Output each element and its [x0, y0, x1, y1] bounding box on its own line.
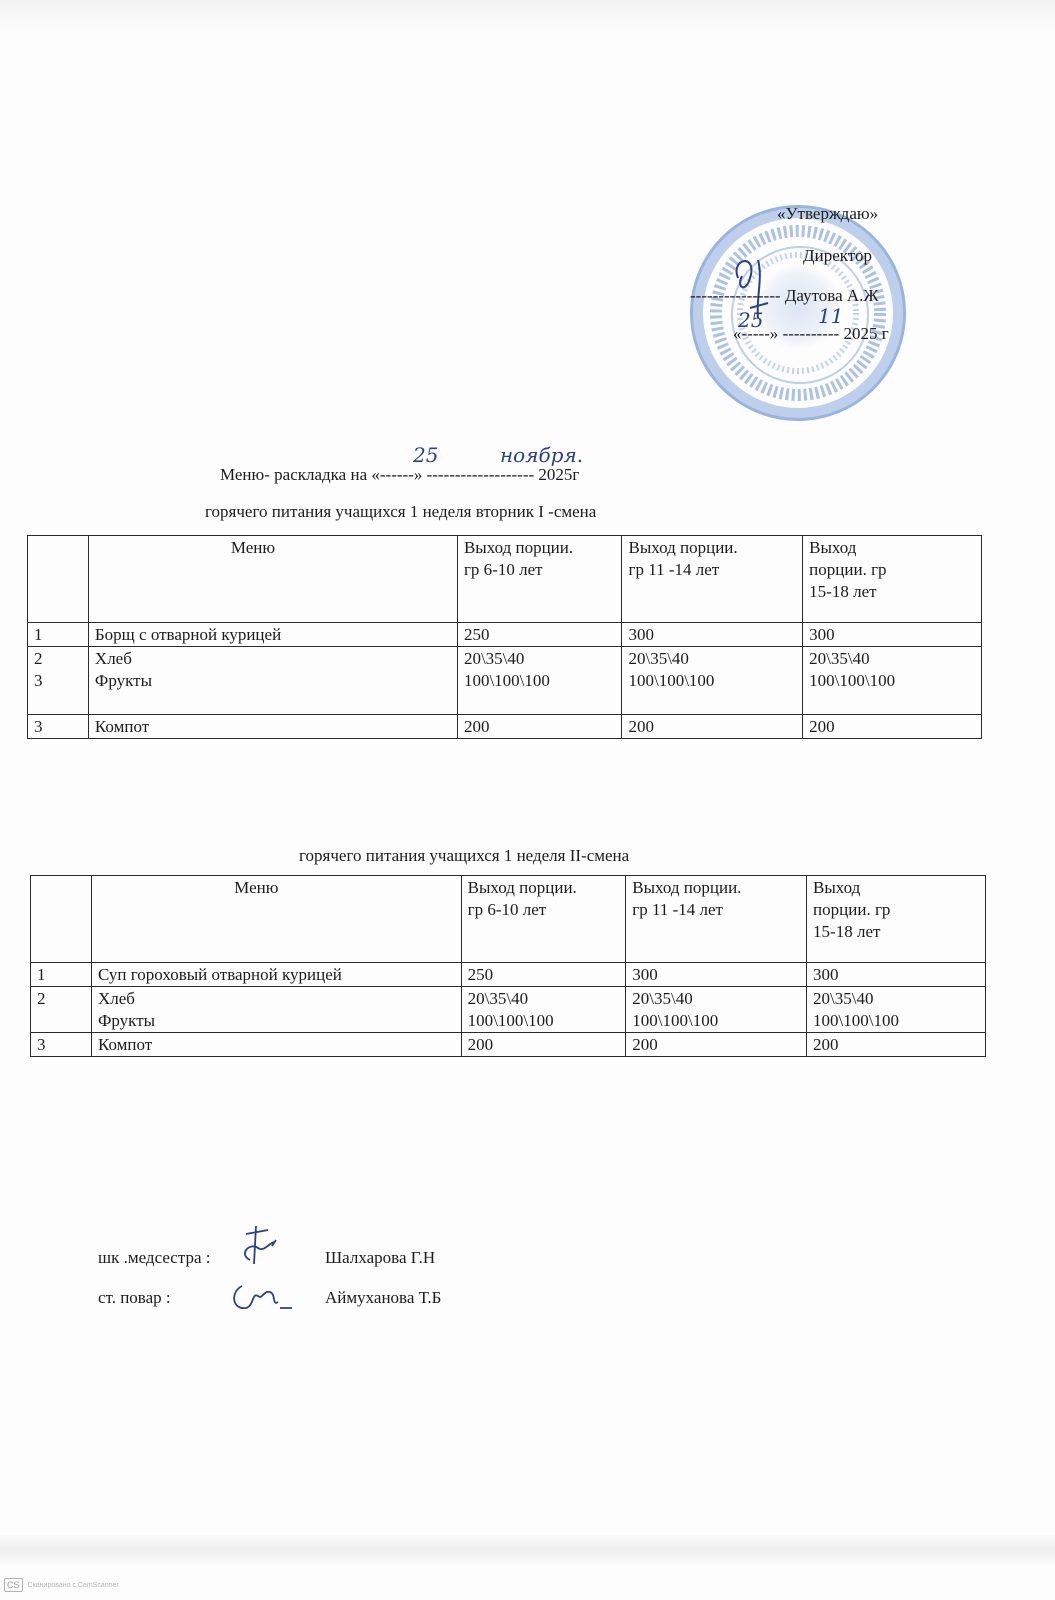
signature-role: ст. повар : — [98, 1288, 171, 1308]
header-menu: Меню — [91, 876, 461, 963]
menu-table-shift-1: Меню Выход порции.гр 6-10 лет Выход порц… — [27, 535, 982, 739]
cell-line: Меню — [92, 877, 421, 899]
row-portion-11-14: 20\35\40100\100\100 — [622, 647, 803, 715]
header-num — [28, 536, 89, 623]
cell-line: Суп гороховый отварной курицей — [98, 964, 455, 986]
scan-edge-bottom — [0, 1535, 1055, 1565]
row-portion-11-14: 200 — [622, 715, 803, 739]
cell-line: 300 — [809, 624, 975, 646]
cell-line: 20\35\40 — [632, 988, 800, 1010]
row-portion-6-10: 250 — [457, 623, 622, 647]
row-portion-6-10: 200 — [461, 1033, 626, 1057]
row-portion-11-14: 300 — [622, 623, 803, 647]
approval-year: 2025 г — [843, 324, 888, 343]
cell-line: 20\35\40 — [813, 988, 979, 1010]
row-portion-15-18: 300 — [807, 963, 986, 987]
cell-line: порции. гр — [809, 559, 975, 581]
cell-line: 20\35\40 — [468, 988, 620, 1010]
scanner-text: Сканировано с CamScanner — [28, 1582, 119, 1589]
cell-line: 100\100\100 — [813, 1010, 979, 1032]
table-header-row: Меню Выход порции.гр 6-10 лет Выход порц… — [28, 536, 982, 623]
signature-name: Шалхарова Г.Н — [325, 1248, 435, 1268]
menu-title-month-placeholder: ------------------- — [427, 465, 535, 484]
row-portion-11-14: 200 — [626, 1033, 807, 1057]
row-portion-15-18: 20\35\40100\100\100 — [807, 987, 986, 1033]
cell-line: 2 — [34, 648, 82, 670]
scan-edge-top — [0, 0, 1055, 30]
cell-line: 100\100\100 — [468, 1010, 620, 1032]
cook-signature-icon — [228, 1278, 298, 1318]
director-signature-line: ---------------- Даутова А.Ж — [690, 286, 879, 306]
table-row: 2 ХлебФрукты 20\35\40100\100\100 20\35\4… — [31, 987, 986, 1033]
cell-line: 3 — [34, 716, 82, 738]
cell-line: 2 — [37, 988, 85, 1010]
row-dish: Суп гороховый отварной курицей — [91, 963, 461, 987]
cell-line: Компот — [95, 716, 451, 738]
cell-line: 3 — [37, 1034, 85, 1056]
handwritten-approval-day: 25 — [738, 308, 763, 332]
cell-line: Хлеб — [95, 648, 451, 670]
cell-line: 100\100\100 — [809, 670, 975, 692]
row-portion-6-10: 200 — [457, 715, 622, 739]
signature-name: Аймуханова Т.Б — [325, 1288, 441, 1308]
cell-line: 100\100\100 — [464, 670, 616, 692]
row-portion-6-10: 250 — [461, 963, 626, 987]
row-portion-11-14: 300 — [626, 963, 807, 987]
cell-line: 250 — [468, 964, 620, 986]
cell-line: Выход порции. — [632, 877, 800, 899]
cell-line: 300 — [628, 624, 796, 646]
table-row: 1 Суп гороховый отварной курицей 250 300… — [31, 963, 986, 987]
cell-line: 100\100\100 — [628, 670, 796, 692]
handwritten-approval-month: 11 — [818, 304, 843, 328]
row-num: 3 — [28, 715, 89, 739]
section-2-subtitle: горячего питания учащихся 1 неделя II-см… — [299, 846, 629, 866]
cell-line: Борщ с отварной курицей — [95, 624, 451, 646]
cell-line: 200 — [632, 1034, 800, 1056]
signature-role: шк .медсестра : — [98, 1248, 211, 1268]
row-portion-15-18: 20\35\40100\100\100 — [803, 647, 982, 715]
menu-title-prefix: Меню- раскладка на — [220, 465, 367, 484]
cell-line: 1 — [37, 964, 85, 986]
table-row: 23 ХлебФрукты 20\35\40100\100\100 20\35\… — [28, 647, 982, 715]
cell-line: Выход порции. — [628, 537, 796, 559]
cell-line: Фрукты — [95, 670, 451, 692]
row-portion-6-10: 20\35\40100\100\100 — [457, 647, 622, 715]
section-1-subtitle: горячего питания учащихся 1 неделя вторн… — [205, 502, 596, 522]
cell-line: 15-18 лет — [809, 581, 975, 603]
cell-line: 300 — [632, 964, 800, 986]
cell-line: Фрукты — [98, 1010, 455, 1032]
cell-line: 200 — [468, 1034, 620, 1056]
cell-line: 100\100\100 — [632, 1010, 800, 1032]
camscanner-logo-icon: CS — [4, 1578, 23, 1592]
director-name: Даутова А.Ж — [785, 286, 879, 305]
row-num: 23 — [28, 647, 89, 715]
row-num: 2 — [31, 987, 92, 1033]
header-menu: Меню — [88, 536, 457, 623]
header-portion-6-10: Выход порции.гр 6-10 лет — [457, 536, 622, 623]
cell-line: 300 — [813, 964, 979, 986]
table-row: 1 Борщ с отварной курицей 250 300 300 — [28, 623, 982, 647]
table-header-row: Меню Выход порции.гр 6-10 лет Выход порц… — [31, 876, 986, 963]
header-num — [31, 876, 92, 963]
approval-block: «Утверждаю» Директор ---------------- Да… — [690, 200, 960, 420]
handwritten-month: ноября. — [500, 443, 583, 467]
menu-table-shift-2: Меню Выход порции.гр 6-10 лет Выход порц… — [30, 875, 986, 1057]
header-portion-15-18: Выходпорции. гр15-18 лет — [803, 536, 982, 623]
cell-line: Выход порции. — [464, 537, 616, 559]
cell-line: 1 — [34, 624, 82, 646]
cell-line: 200 — [813, 1034, 979, 1056]
header-portion-15-18: Выходпорции. гр15-18 лет — [807, 876, 986, 963]
stamp-text-ring-icon — [693, 208, 903, 418]
cell-line: Выход — [813, 877, 979, 899]
header-portion-11-14: Выход порции.гр 11 -14 лет — [626, 876, 807, 963]
cell-line: 3 — [34, 670, 82, 692]
table-row: 3 Компот 200 200 200 — [28, 715, 982, 739]
row-portion-15-18: 200 — [807, 1033, 986, 1057]
cell-line: 250 — [464, 624, 616, 646]
menu-title-day-placeholder: «------» — [371, 465, 422, 484]
cell-line: 200 — [809, 716, 975, 738]
cell-line: 20\35\40 — [809, 648, 975, 670]
cell-line: Выход порции. — [468, 877, 620, 899]
cell-line: Выход — [809, 537, 975, 559]
cell-line: гр 6-10 лет — [464, 559, 616, 581]
row-dish: ХлебФрукты — [88, 647, 457, 715]
cell-line: 200 — [628, 716, 796, 738]
row-portion-15-18: 200 — [803, 715, 982, 739]
row-portion-11-14: 20\35\40100\100\100 — [626, 987, 807, 1033]
cell-line: гр 11 -14 лет — [628, 559, 796, 581]
scanner-watermark: CS Сканировано с CamScanner — [4, 1578, 119, 1592]
cell-line: Меню — [89, 537, 417, 559]
row-num: 3 — [31, 1033, 92, 1057]
cell-line: 15-18 лет — [813, 921, 979, 943]
cell-line: Компот — [98, 1034, 455, 1056]
row-dish: Компот — [91, 1033, 461, 1057]
row-num: 1 — [31, 963, 92, 987]
cell-line: гр 6-10 лет — [468, 899, 620, 921]
nurse-signature-icon — [228, 1224, 288, 1274]
menu-title: Меню- раскладка на «------» ------------… — [220, 465, 579, 485]
cell-line: 200 — [464, 716, 616, 738]
cell-line: 20\35\40 — [464, 648, 616, 670]
row-portion-15-18: 300 — [803, 623, 982, 647]
approval-title: «Утверждаю» — [777, 204, 878, 224]
header-portion-6-10: Выход порции.гр 6-10 лет — [461, 876, 626, 963]
cell-line: 20\35\40 — [628, 648, 796, 670]
header-portion-11-14: Выход порции.гр 11 -14 лет — [622, 536, 803, 623]
row-dish: ХлебФрукты — [91, 987, 461, 1033]
signature-dashes: ---------------- — [690, 286, 781, 305]
cell-line: гр 11 -14 лет — [632, 899, 800, 921]
table-row: 3 Компот 200 200 200 — [31, 1033, 986, 1057]
handwritten-day: 25 — [413, 443, 438, 467]
row-portion-6-10: 20\35\40100\100\100 — [461, 987, 626, 1033]
cell-line: порции. гр — [813, 899, 979, 921]
row-dish: Компот — [88, 715, 457, 739]
menu-title-year: 2025г — [538, 465, 579, 484]
row-dish: Борщ с отварной курицей — [88, 623, 457, 647]
official-stamp — [690, 205, 906, 421]
cell-line: Хлеб — [98, 988, 455, 1010]
row-num: 1 — [28, 623, 89, 647]
director-position: Директор — [803, 246, 872, 266]
